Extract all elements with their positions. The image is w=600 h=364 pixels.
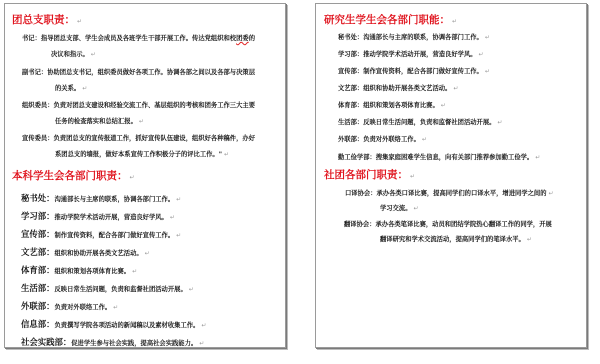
dept-item: 生活部：反映日常生活问题，负责和监督社团活动开展。↵ (338, 117, 502, 126)
dept-item: 外联部：负责对外联络工作。↵ (338, 134, 427, 143)
dept-label: 生活部： (338, 119, 363, 126)
paragraph-mark-icon: ↵ (549, 190, 554, 197)
dept-desc: 负责撰写学院各项活动的新闻稿以及素材收集工作。 (55, 322, 200, 329)
dept-desc: 反映日常生活问题，负责和监督社团活动开展。 (55, 286, 187, 293)
heading-text: 本科学生会各部门职责： (12, 170, 128, 182)
dept-desc: 沟通部长与主席的联系，协调各部门工作。 (55, 196, 175, 203)
dept-item: 秘书处：沟通部长与主席的联系，协调各部门工作。↵ (21, 192, 181, 204)
dept-desc: 推动学院学术活动开展，营造良好学风。 (363, 51, 476, 58)
dept-item: 信息部：负责撰写学院各项活动的新闻稿以及素材收集工作。↵ (21, 318, 206, 330)
dept-label: 学习部： (338, 51, 363, 58)
dept-desc: 搜集家庭困难学生信息，向有关部门推荐参加勤工俭学。 (376, 154, 533, 161)
dept-item: 文艺部：组织和协助开展各类文艺活动。↵ (338, 83, 458, 92)
club-desc: 承办各类笔译比赛，动员和团结学院热心翻译工作的同学，开展 (375, 221, 551, 228)
dept-label: 社会实践部： (21, 337, 71, 347)
heading-text: 研究生学生会各部门职能： (324, 14, 450, 26)
dept-label: 宣传部： (21, 229, 55, 239)
club-interpretation-association: 口译协会：承办各类口译比赛，提高同学们的口译水平，增进同学之间的↵ (345, 188, 554, 197)
club-label: 翻译协会： (344, 221, 375, 228)
role-label: 组织委员： (22, 102, 53, 109)
paragraph-mark-icon: ↵ (485, 68, 490, 75)
paragraph-mark-icon: ↵ (139, 118, 144, 125)
club-translation-association: 翻译协会：承办各类笔译比赛，动员和团结学院热心翻译工作的同学，开展 (344, 219, 552, 228)
dept-label: 体育部： (21, 265, 55, 275)
dept-label: 外联部： (338, 136, 363, 143)
left-document-page: 团总支职责：↵ 书记：指导团总支部、学生会成员及各班学生干部开展工作。传达党组织… (4, 3, 286, 348)
paragraph-mark-icon: ↵ (201, 322, 206, 329)
paragraph-mark-icon: ↵ (91, 51, 96, 58)
duty-deputy-secretary: 副书记：协助团总支书记，组织委员做好各项工作。协调各部之间以及各部与决策层 (22, 67, 255, 76)
dept-item: 勤工俭学部：搜集家庭困难学生信息，向有关部门推荐参加勤工俭学。↵ (338, 152, 540, 161)
role-desc: 指导团总支部、学生会成员及各班学生干部开展工作。传达党组织和校 (41, 35, 236, 42)
role-label: 副书记： (22, 69, 47, 76)
dept-desc: 制作宣传资料，配合各部门做好宣传工作。 (363, 68, 483, 75)
role-desc-tail: 的 (249, 35, 255, 42)
dept-label: 外联部： (21, 301, 55, 311)
paragraph-mark-icon: ↵ (485, 34, 490, 41)
section-heading-league-branch: 团总支职责：↵ (12, 12, 82, 27)
role-label: 书记： (22, 35, 41, 42)
spellcheck-underlined-word: 团委 (236, 35, 249, 42)
duty-organization-member: 组织委员：负责对团总支建设和经验交流工作、基层组织的考核和团务工作三大主要 (22, 100, 255, 109)
dept-desc: 负责对外联络工作。 (363, 136, 420, 143)
section-heading-undergrad-union: 本科学生会各部门职责：↵ (12, 168, 135, 183)
dept-item: 宣传部：制作宣传资料，配合各部门做好宣传工作。↵ (338, 66, 490, 75)
paragraph-mark-icon: ↵ (199, 340, 204, 347)
role-label: 宣传委员： (22, 135, 53, 142)
club-desc-cont: 翻译研究和学术交流活动，提高同学们的笔译水平。 (380, 236, 525, 243)
dept-desc: 推动学院学术活动开展，营造良好学风。 (55, 214, 168, 221)
paragraph-mark-icon: ↵ (452, 18, 457, 25)
dept-item: 体育部：组织和策划各项体育比赛。↵ (21, 264, 137, 276)
heading-text: 团总支职责： (12, 14, 75, 26)
duty-secretary: 书记：指导团总支部、学生会成员及各班学生干部开展工作。传达党组织和校团委的 (22, 33, 255, 42)
club-desc: 承办各类口译比赛，提高同学们的口译水平，增进同学之间的 (376, 190, 546, 197)
paragraph-mark-icon: ↵ (527, 236, 532, 243)
paragraph-mark-icon: ↵ (535, 154, 540, 161)
dept-item: 学习部：推动学院学术活动开展，营造良好学风。↵ (21, 210, 175, 222)
dept-label: 生活部： (21, 283, 55, 293)
heading-text: 社团各部门职责： (324, 169, 408, 181)
paragraph-mark-icon: ↵ (77, 18, 82, 25)
paragraph-mark-icon: ↵ (132, 268, 137, 275)
duty-deputy-secretary-cont: 的关系。↵ (55, 83, 87, 92)
dept-label: 信息部： (21, 319, 55, 329)
dept-label: 体育部： (338, 102, 363, 109)
club-translation-association-cont: 翻译研究和学术交流活动，提高同学们的笔译水平。↵ (380, 234, 532, 243)
dept-item: 外联部：负责对外联络工作。↵ (21, 300, 118, 312)
club-desc-cont: 学习交流。 (380, 205, 411, 212)
role-desc-cont: 决议和指示。 (51, 51, 89, 58)
dept-label: 勤工俭学部： (338, 154, 376, 161)
dept-item: 秘书处：沟通部长与主席的联系，协调各部门工作。↵ (338, 32, 490, 41)
role-desc: 协助团总支书记，组织委员做好各项工作。协调各部之间以及各部与决策层 (47, 69, 255, 76)
dept-item: 学习部：推动学院学术活动开展，营造良好学风。↵ (338, 49, 484, 58)
paragraph-mark-icon: ↵ (224, 151, 229, 158)
dept-desc: 组织和策划各项体育比赛。 (363, 102, 439, 109)
paragraph-mark-icon: ↵ (189, 286, 194, 293)
dept-desc: 沟通部长与主席的联系，协调各部门工作。 (363, 34, 483, 41)
paragraph-mark-icon: ↵ (422, 136, 427, 143)
paragraph-mark-icon: ↵ (410, 173, 415, 180)
dept-item: 文艺部：组织和协助开展各类文艺活动。↵ (21, 246, 150, 258)
duty-secretary-cont: 决议和指示。↵ (51, 49, 96, 58)
paragraph-mark-icon: ↵ (497, 119, 502, 126)
dept-item: 社会实践部：促进学生参与社会实践，提高社会实践能力。↵ (21, 336, 204, 348)
duty-organization-member-cont: 任务的检查落实和总结汇报。↵ (55, 116, 144, 125)
paragraph-mark-icon: ↵ (479, 51, 484, 58)
paragraph-mark-icon: ↵ (441, 102, 446, 109)
dept-label: 文艺部： (338, 85, 363, 92)
paragraph-mark-icon: ↵ (113, 304, 118, 311)
dept-desc: 组织和协助开展各类文艺活动。 (363, 85, 451, 92)
dept-desc: 组织和策划各项体育比赛。 (55, 268, 131, 275)
dept-label: 秘书处： (338, 34, 363, 41)
role-desc-cont: 任务的检查落实和总结汇报。 (55, 118, 137, 125)
club-interpretation-association-cont: 学习交流。↵ (380, 203, 419, 212)
paragraph-mark-icon: ↵ (170, 214, 175, 221)
dept-label: 学习部： (21, 211, 55, 221)
dept-item: 生活部：反映日常生活问题，负责和监督社团活动开展。↵ (21, 282, 194, 294)
paragraph-mark-icon: ↵ (176, 196, 181, 203)
paragraph-mark-icon: ↵ (145, 250, 150, 257)
paragraph-mark-icon: ↵ (453, 85, 458, 92)
dept-label: 宣传部： (338, 68, 363, 75)
paragraph-mark-icon: ↵ (130, 174, 135, 181)
dept-label: 秘书处： (21, 193, 55, 203)
dept-item: 体育部：组织和策划各项体育比赛。↵ (338, 100, 446, 109)
role-desc-cont: 系团总支的墙报，做好本系宣传工作积极分子的评比工作。" (55, 151, 222, 158)
duty-publicity-member: 宣传委员：负责团总支的宣传报道工作，抓好宣传队伍建设，组织好各种稿件，办好 (22, 133, 255, 142)
role-desc: 负责对团总支建设和经验交流工作、基层组织的考核和团务工作三大主要 (53, 102, 255, 109)
dept-item: 宣传部：制作宣传资料，配合各部门做好宣传工作。↵ (21, 228, 181, 240)
role-desc-cont: 的关系。 (55, 85, 80, 92)
paragraph-mark-icon: ↵ (413, 205, 418, 212)
dept-desc: 促进学生参与社会实践，提高社会实践能力。 (71, 340, 197, 347)
right-document-page: 研究生学生会各部门职能：↵ 秘书处：沟通部长与主席的联系，协调各部门工作。↵ 学… (315, 3, 587, 348)
dept-desc: 反映日常生活问题，负责和监督社团活动开展。 (363, 119, 495, 126)
role-desc: 负责团总支的宣传报道工作，抓好宣传队伍建设，组织好各种稿件，办好 (53, 135, 255, 142)
dept-label: 文艺部： (21, 247, 55, 257)
paragraph-mark-icon: ↵ (82, 85, 87, 92)
dept-desc: 负责对外联络工作。 (55, 304, 112, 311)
dept-desc: 组织和协助开展各类文艺活动。 (55, 250, 143, 257)
paragraph-mark-icon: ↵ (176, 232, 181, 239)
section-heading-grad-union: 研究生学生会各部门职能：↵ (324, 12, 457, 27)
section-heading-clubs: 社团各部门职责：↵ (324, 167, 415, 182)
dept-desc: 制作宣传资料，配合各部门做好宣传工作。 (55, 232, 175, 239)
duty-publicity-member-cont: 系团总支的墙报，做好本系宣传工作积极分子的评比工作。"↵ (55, 149, 229, 158)
club-label: 口译协会： (345, 190, 376, 197)
